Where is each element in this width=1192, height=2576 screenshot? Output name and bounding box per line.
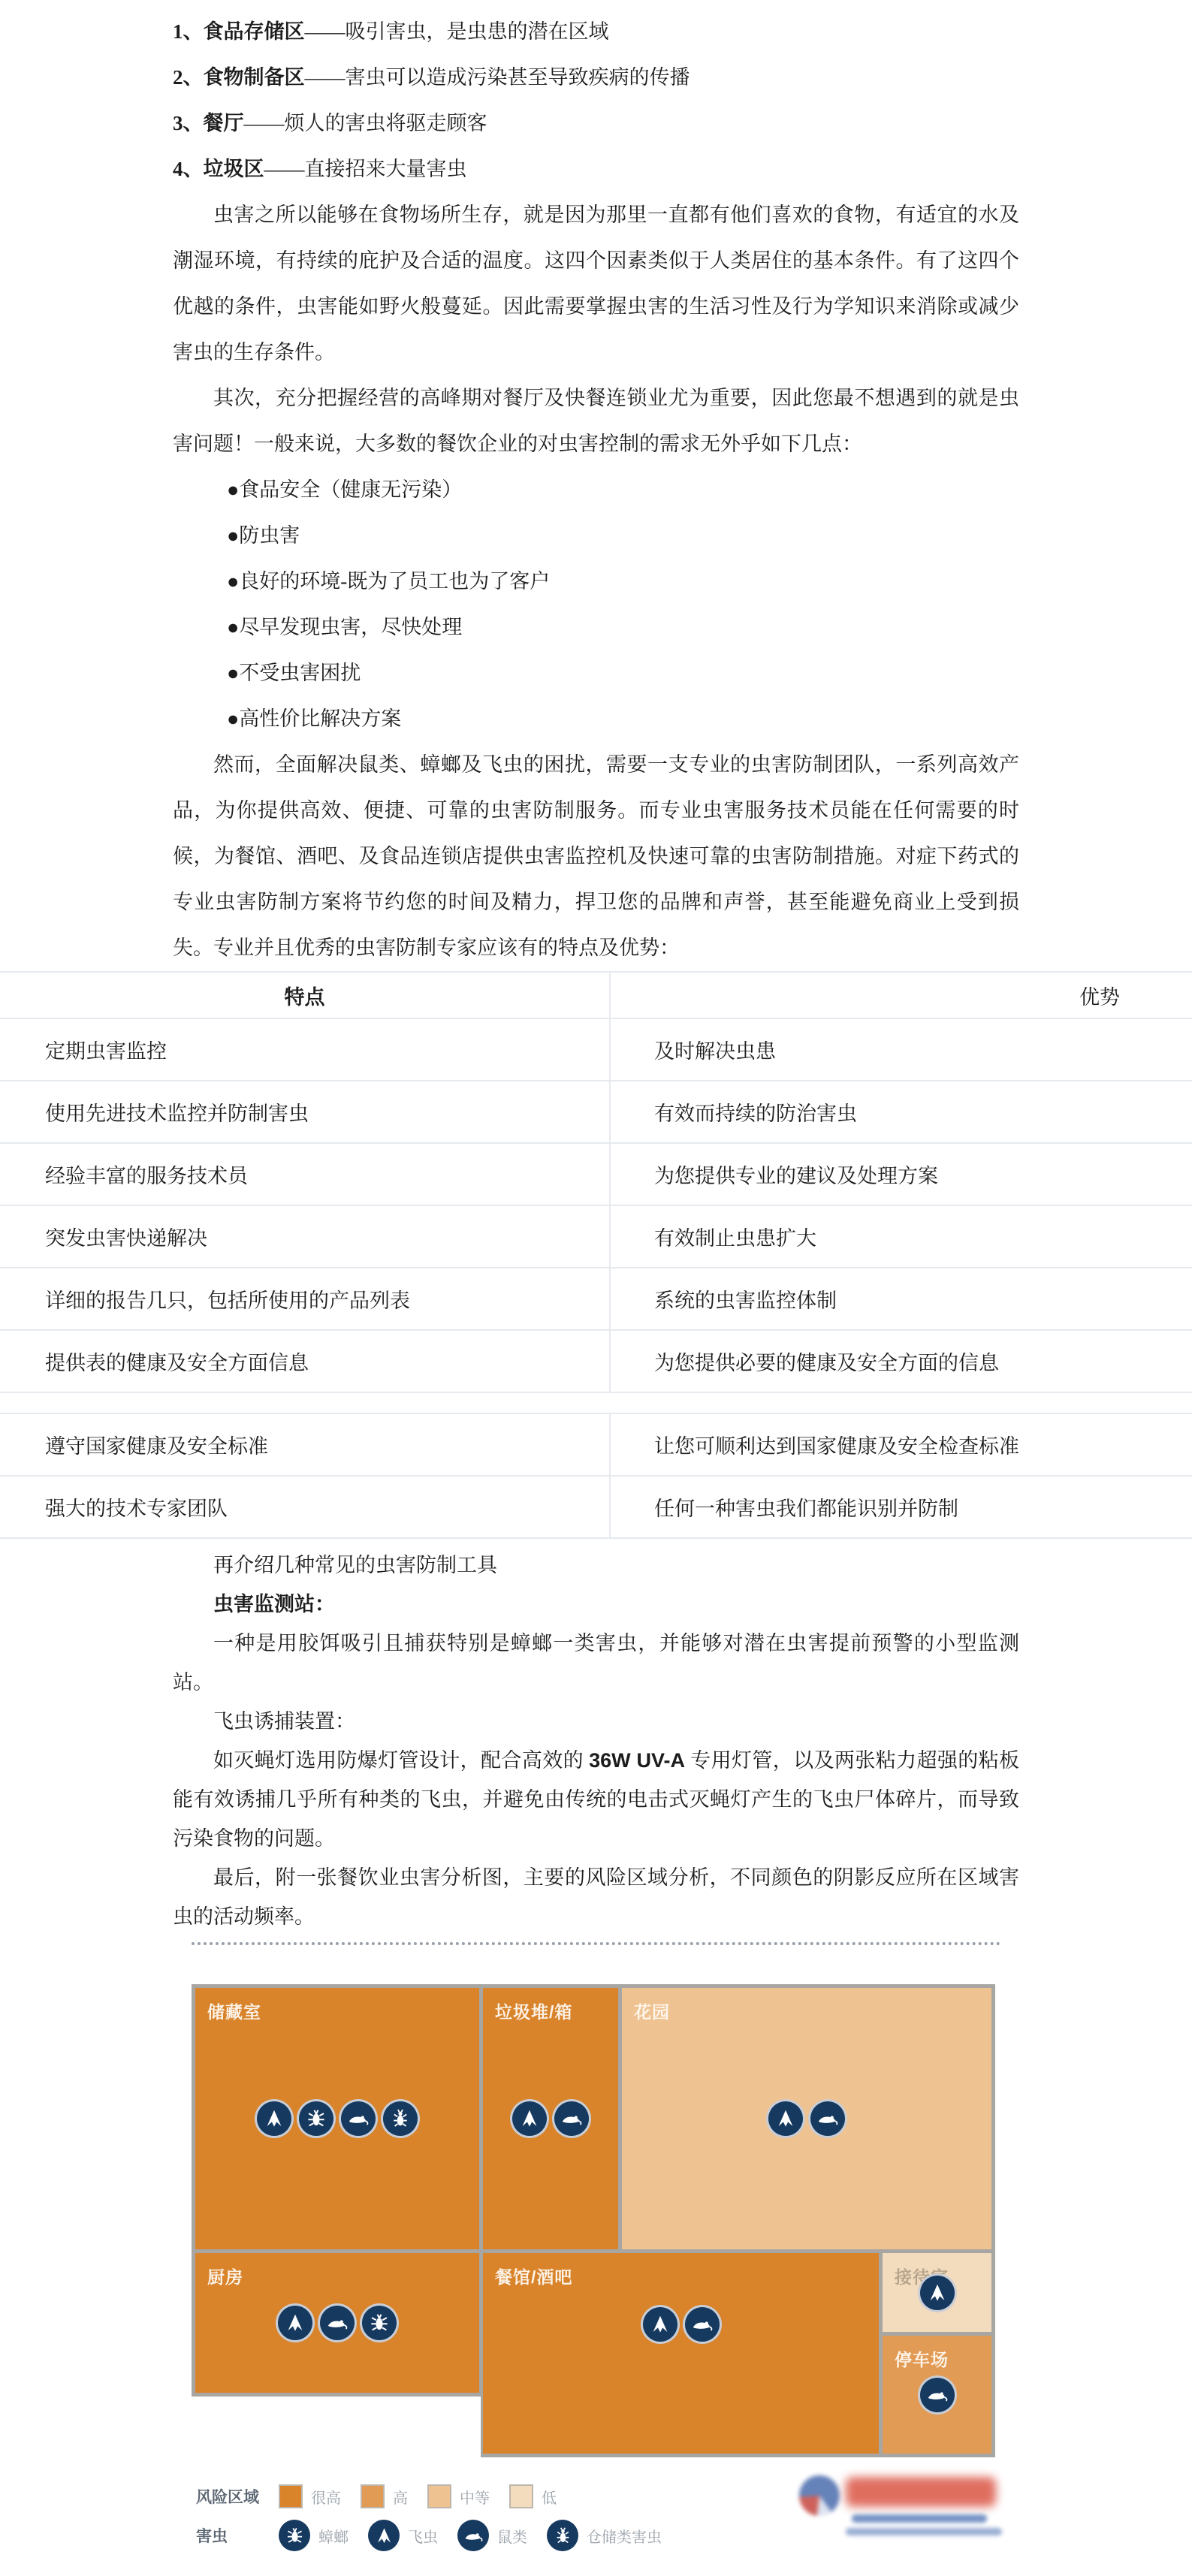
table-body-group1: 定期虫害监控及时解决虫患使用先进技术监控并防制害虫有效而持续的防治害虫经验丰富的… (0, 1019, 1192, 1393)
text-segment: 最后，附一张餐饮业虫害分析图，主要的风险区域分析，不同颜色的阴影反应所在区域害虫… (173, 1866, 1019, 1928)
table-row: 强大的技术专家团队任何一种害虫我们都能识别并防制 (0, 1477, 1192, 1539)
advantage-cell: 系统的虫害监控体制 (609, 1268, 1192, 1329)
storage-pest-icon (383, 2101, 418, 2136)
feature-cell: 强大的技术专家团队 (0, 1477, 609, 1537)
numbered-item: 1、食品存储区——吸引害虫，是虫患的潜在区域 (173, 9, 1019, 55)
numbered-item: 3、餐厅——烦人的害虫将驱走顾客 (173, 101, 1019, 146)
tools-paragraph: 虫害监测站： (173, 1585, 1019, 1624)
bullet-item: ●食品安全（健康无污染） (227, 467, 1019, 513)
pest-type-label: 蟑螂 (318, 2525, 349, 2547)
bullet-item: ●不受虫害困扰 (227, 650, 1019, 696)
flying-insect-icon (920, 2276, 955, 2310)
table-row: 详细的报告几只，包括所使用的产品列表系统的虫害监控体制 (0, 1268, 1192, 1331)
pest-keys: 蟑螂飞虫鼠类仓储类害虫 (279, 2520, 681, 2551)
logo-tagline-blob (852, 2514, 987, 2523)
bullet-item: ●防虫害 (227, 513, 1019, 559)
room-pest-icons (883, 2276, 991, 2310)
table-header-advantages: 优势 (609, 973, 1192, 1018)
paragraph-peak-season: 其次，充分把握经营的高峰期对餐厅及快餐连锁业尤为重要，因此您最不想遇到的就是虫害… (173, 376, 1019, 467)
pest-legend-item: 蟑螂 (279, 2520, 349, 2551)
risk-swatches: 很高高中等低 (279, 2484, 576, 2508)
logo-text-blob (846, 2477, 996, 2507)
room-kitchen: 厨房 (195, 2253, 479, 2393)
risk-level-label: 中等 (460, 2486, 490, 2508)
advantage-cell: 及时解决虫患 (609, 1019, 1192, 1080)
table-row: 提供表的健康及安全方面信息为您提供必要的健康及安全方面的信息 (0, 1331, 1192, 1393)
room-pest-icons (483, 2307, 879, 2342)
table-row: 突发虫害快递解决有效制止虫患扩大 (0, 1206, 1192, 1268)
risk-level-label: 很高 (311, 2486, 341, 2508)
room-label: 储藏室 (207, 1998, 261, 2023)
tools-paragraph: 一种是用胶饵吸引且捕获特别是蟑螂一类害虫，并能够对潜在虫害提前预警的小型监测站。 (173, 1624, 1019, 1702)
numbered-item-text: ——烦人的害虫将驱走顾客 (244, 112, 487, 134)
storage-pest-icon (547, 2520, 578, 2551)
tools-paragraph: 再介绍几种常见的虫害防制工具 (173, 1546, 1019, 1585)
floor-plan: 储藏室垃圾堆/箱花园厨房餐馆/酒吧接待室停车场 (192, 1984, 995, 2457)
flying-insect-icon (768, 2101, 803, 2136)
pest-legend-item: 鼠类 (457, 2520, 527, 2551)
room-parking-lot: 停车场 (883, 2336, 991, 2454)
pest-type-label: 鼠类 (497, 2525, 527, 2547)
risk-swatch-medium (427, 2484, 451, 2508)
risk-level-label: 高 (393, 2486, 408, 2508)
pest-type-label: 飞虫 (408, 2525, 438, 2547)
pest-type-label: 仓储类害虫 (587, 2525, 662, 2547)
text-segment: 飞虫诱捕装置： (213, 1710, 355, 1733)
tools-section: 再介绍几种常见的虫害防制工具虫害监测站：一种是用胶饵吸引且捕获特别是蟑螂一类害虫… (173, 1546, 1019, 1936)
table-row: 定期虫害监控及时解决虫患 (0, 1019, 1192, 1081)
risk-legend-item: 低 (509, 2484, 557, 2508)
flying-insect-icon (257, 2101, 291, 2136)
room-pest-icons (483, 2101, 618, 2136)
room-pest-icons (195, 2101, 479, 2136)
numbered-list: 1、食品存储区——吸引害虫，是虫患的潜在区域2、食物制备区——害虫可以造成污染甚… (173, 9, 1019, 192)
feature-cell: 使用先进技术监控并防制害虫 (0, 1081, 609, 1142)
feature-cell: 详细的报告几只，包括所使用的产品列表 (0, 1268, 609, 1329)
table-header-row: 特点 优势 (0, 971, 1192, 1019)
pest-legend-title: 害虫 (196, 2524, 279, 2547)
rodent-icon (810, 2101, 845, 2136)
flying-insect-icon (512, 2101, 547, 2136)
feature-cell: 提供表的健康及安全方面信息 (0, 1331, 609, 1392)
room-label: 停车场 (895, 2346, 949, 2371)
logo-emblem (799, 2475, 840, 2516)
bullet-item: ●尽早发现虫害，尽快处理 (227, 605, 1019, 650)
rodent-icon (320, 2306, 355, 2340)
numbered-item: 4、垃圾区——直接招来大量害虫 (173, 146, 1019, 192)
numbered-item-text: ——吸引害虫，是虫患的潜在区域 (305, 20, 609, 43)
rodent-icon (920, 2378, 955, 2412)
risk-legend-item: 高 (361, 2484, 408, 2508)
rodent-icon (685, 2307, 720, 2342)
tools-paragraph: 最后，附一张餐饮业虫害分析图，主要的风险区域分析，不同颜色的阴影反应所在区域害虫… (173, 1858, 1019, 1936)
logo-subtagline-blob (846, 2528, 1002, 2535)
room-restaurant-bar: 餐馆/酒吧 (483, 2253, 879, 2454)
room-garden: 花园 (622, 1988, 991, 2249)
rodent-icon (341, 2101, 376, 2136)
text-segment: 再介绍几种常见的虫害防制工具 (213, 1554, 497, 1576)
risk-swatch-very-high (279, 2484, 303, 2508)
features-advantages-table-continued: 遵守国家健康及安全标准让您可顺利达到国家健康及安全检查标准强大的技术专家团队任何… (0, 1413, 1192, 1539)
document-page: 1、食品存储区——吸引害虫，是虫患的潜在区域2、食物制备区——害虫可以造成污染甚… (0, 0, 1192, 2576)
risk-legend-title: 风险区域 (196, 2485, 279, 2508)
rodent-icon (554, 2101, 589, 2136)
cockroach-icon (362, 2306, 397, 2340)
tools-paragraph: 如灭蝇灯选用防爆灯管设计，配合高效的 36W UV-A 专用灯管，以及两张粘力超… (173, 1741, 1019, 1858)
paragraph-professional-team: 然而，全面解决鼠类、蟑螂及飞虫的困扰，需要一支专业的虫害防制团队，一系列高效产品… (173, 742, 1019, 971)
feature-cell: 突发虫害快递解决 (0, 1206, 609, 1267)
numbered-item-label: 2、食物制备区 (173, 66, 305, 89)
room-pest-icons (883, 2378, 991, 2412)
numbered-item-label: 1、食品存储区 (173, 20, 305, 43)
table-header-features: 特点 (0, 973, 609, 1018)
risk-level-label: 低 (542, 2486, 557, 2508)
cockroach-icon (279, 2520, 310, 2551)
table-row: 遵守国家健康及安全标准让您可顺利达到国家健康及安全检查标准 (0, 1414, 1192, 1477)
features-advantages-table: 特点 优势 定期虫害监控及时解决虫患使用先进技术监控并防制害虫有效而持续的防治害… (0, 971, 1192, 1393)
room-label: 餐馆/酒吧 (495, 2264, 572, 2288)
pest-legend-item: 仓储类害虫 (547, 2520, 662, 2551)
room-label: 垃圾堆/箱 (495, 1998, 572, 2023)
room-garbage-area: 垃圾堆/箱 (483, 1988, 618, 2249)
numbered-item-label: 3、餐厅 (173, 112, 244, 134)
room-pest-icons (195, 2306, 479, 2340)
numbered-item: 2、食物制备区——害虫可以造成污染甚至导致疾病的传播 (173, 55, 1019, 101)
paragraph-pest-survival: 虫害之所以能够在食物场所生存，就是因为那里一直都有他们喜欢的食物，有适宜的水及潮… (173, 192, 1019, 376)
feature-cell: 经验丰富的服务技术员 (0, 1144, 609, 1205)
text-segment: 36W UV-A (589, 1749, 685, 1772)
flying-insect-icon (368, 2520, 400, 2551)
room-storage-room: 储藏室 (195, 1988, 479, 2249)
rodent-icon (457, 2520, 489, 2551)
advantage-cell: 任何一种害虫我们都能识别并防制 (609, 1477, 1192, 1537)
risk-swatch-low (509, 2484, 533, 2508)
text-segment: 一种是用胶饵吸引且捕获特别是蟑螂一类害虫，并能够对潜在虫害提前预警的小型监测站。 (173, 1632, 1019, 1694)
table-row: 经验丰富的服务技术员为您提供专业的建议及处理方案 (0, 1144, 1192, 1206)
table-body-group2: 遵守国家健康及安全标准让您可顺利达到国家健康及安全检查标准强大的技术专家团队任何… (0, 1414, 1192, 1539)
feature-cell: 定期虫害监控 (0, 1019, 609, 1080)
numbered-item-label: 4、垃圾区 (173, 158, 264, 180)
table-row: 使用先进技术监控并防制害虫有效而持续的防治害虫 (0, 1081, 1192, 1144)
feature-cell: 遵守国家健康及安全标准 (0, 1414, 609, 1475)
advantage-cell: 为您提供专业的建议及处理方案 (609, 1144, 1192, 1205)
flying-insect-icon (643, 2307, 677, 2342)
room-reception-room: 接待室 (883, 2253, 991, 2332)
advantage-cell: 有效而持续的防治害虫 (609, 1081, 1192, 1142)
advantage-cell: 有效制止虫患扩大 (609, 1206, 1192, 1267)
flying-insect-icon (278, 2306, 312, 2340)
advantage-cell: 为您提供必要的健康及安全方面的信息 (609, 1331, 1192, 1392)
bullet-item: ●高性价比解决方案 (227, 696, 1019, 742)
risk-legend-item: 很高 (279, 2484, 341, 2508)
room-label: 花园 (634, 1998, 670, 2023)
plan-white-patch (192, 2397, 481, 2457)
numbered-item-text: ——害虫可以造成污染甚至导致疾病的传播 (305, 66, 690, 89)
company-logo-watermark (799, 2471, 1003, 2559)
numbered-item-text: ——直接招来大量害虫 (264, 158, 467, 180)
room-label: 厨房 (207, 2264, 243, 2288)
risk-legend-item: 中等 (427, 2484, 490, 2508)
tools-paragraph: 飞虫诱捕装置： (173, 1702, 1019, 1741)
pest-legend-item: 飞虫 (368, 2520, 438, 2551)
bullet-item: ●良好的环境-既为了员工也为了客户 (227, 559, 1019, 605)
cockroach-icon (299, 2101, 333, 2136)
room-pest-icons (622, 2101, 991, 2136)
advantage-cell: 让您可顺利达到国家健康及安全检查标准 (609, 1414, 1192, 1475)
text-segment: 如灭蝇灯选用防爆灯管设计，配合高效的 (213, 1749, 589, 1772)
bullet-list: ●食品安全（健康无污染）●防虫害●良好的环境-既为了员工也为了客户●尽早发现虫害… (173, 467, 1019, 742)
risk-map-figure: 储藏室垃圾堆/箱花园厨房餐馆/酒吧接待室停车场 风险区域 很高高中等低 害虫 蟑… (192, 1942, 1000, 2576)
risk-swatch-high (361, 2484, 385, 2508)
text-segment: 虫害监测站： (213, 1593, 335, 1615)
intro-section: 1、食品存储区——吸引害虫，是虫患的潜在区域2、食物制备区——害虫可以造成污染甚… (173, 9, 1019, 971)
